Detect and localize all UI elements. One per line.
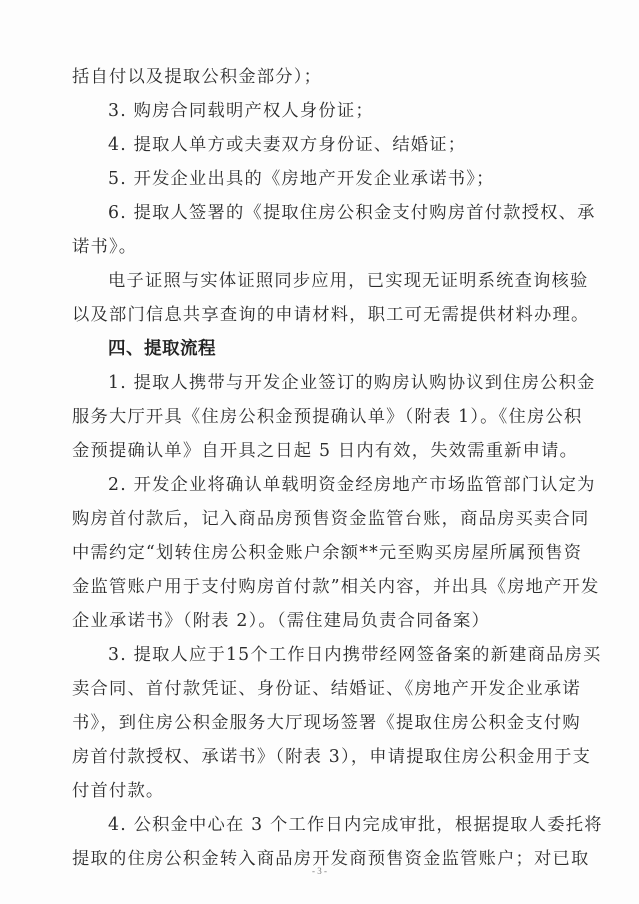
document-body: 括自付以及提取公积金部分）； 3. 购房合同载明产权人身份证； 4. 提取人单方… [72,60,592,876]
e-certificate-paragraph-continuation: 以及部门信息共享查询的申请材料，职工可无需提供材料办理。 [72,298,592,332]
process-step-2: 2. 开发企业将确认单载明资金经房地产市场监管部门认定为 [72,468,592,502]
process-step-2-line-3: 中需约定“划转住房公积金账户余额**元至购买房屋所属预售资 [72,536,592,570]
process-step-3-line-4: 房首付款授权、承诺书》（附表 3），申请提取住房公积金用于支 [72,740,592,774]
process-step-4: 4. 公积金中心在 3 个工作日内完成审批，根据提取人委托将 [72,808,592,842]
section-heading-process: 四、提取流程 [72,332,592,366]
process-step-1-line-3: 金预提确认单》自开具之日起 5 日内有效，失效需重新申请。 [72,434,592,468]
material-item-4: 4. 提取人单方或夫妻双方身份证、结婚证； [72,128,592,162]
e-certificate-paragraph: 电子证照与实体证照同步应用，已实现无证明系统查询核验 [72,264,592,298]
process-step-3-line-3: 书》，到住房公积金服务大厅现场签署《提取住房公积金支付购 [72,706,592,740]
process-step-1-line-2: 服务大厅开具《住房公积金预提确认单》（附表 1）。《住房公积 [72,400,592,434]
process-step-3: 3. 提取人应于15个工作日内携带经网签备案的新建商品房买 [72,638,592,672]
material-item-6: 6. 提取人签署的《提取住房公积金支付购房首付款授权、承 [72,196,592,230]
material-item-3: 3. 购房合同载明产权人身份证； [72,94,592,128]
process-step-3-line-5: 付首付款。 [72,774,592,808]
page-number: - 3 - [0,866,639,876]
document-page: 括自付以及提取公积金部分）； 3. 购房合同载明产权人身份证； 4. 提取人单方… [0,0,639,904]
process-step-2-line-2: 购房首付款后，记入商品房预售资金监管台账，商品房买卖合同 [72,502,592,536]
process-step-3-line-2: 卖合同、首付款凭证、身份证、结婚证、《房地产开发企业承诺 [72,672,592,706]
material-item-5: 5. 开发企业出具的《房地产开发企业承诺书》； [72,162,592,196]
text-line-continuation: 括自付以及提取公积金部分）； [72,60,592,94]
material-item-6-continuation: 诺书》。 [72,230,592,264]
process-step-2-line-5: 企业承诺书》（附表 2）。（需住建局负责合同备案） [72,604,592,638]
process-step-1: 1. 提取人携带与开发企业签订的购房认购协议到住房公积金 [72,366,592,400]
process-step-2-line-4: 金监管账户用于支付购房首付款”相关内容，并出具《房地产开发 [72,570,592,604]
